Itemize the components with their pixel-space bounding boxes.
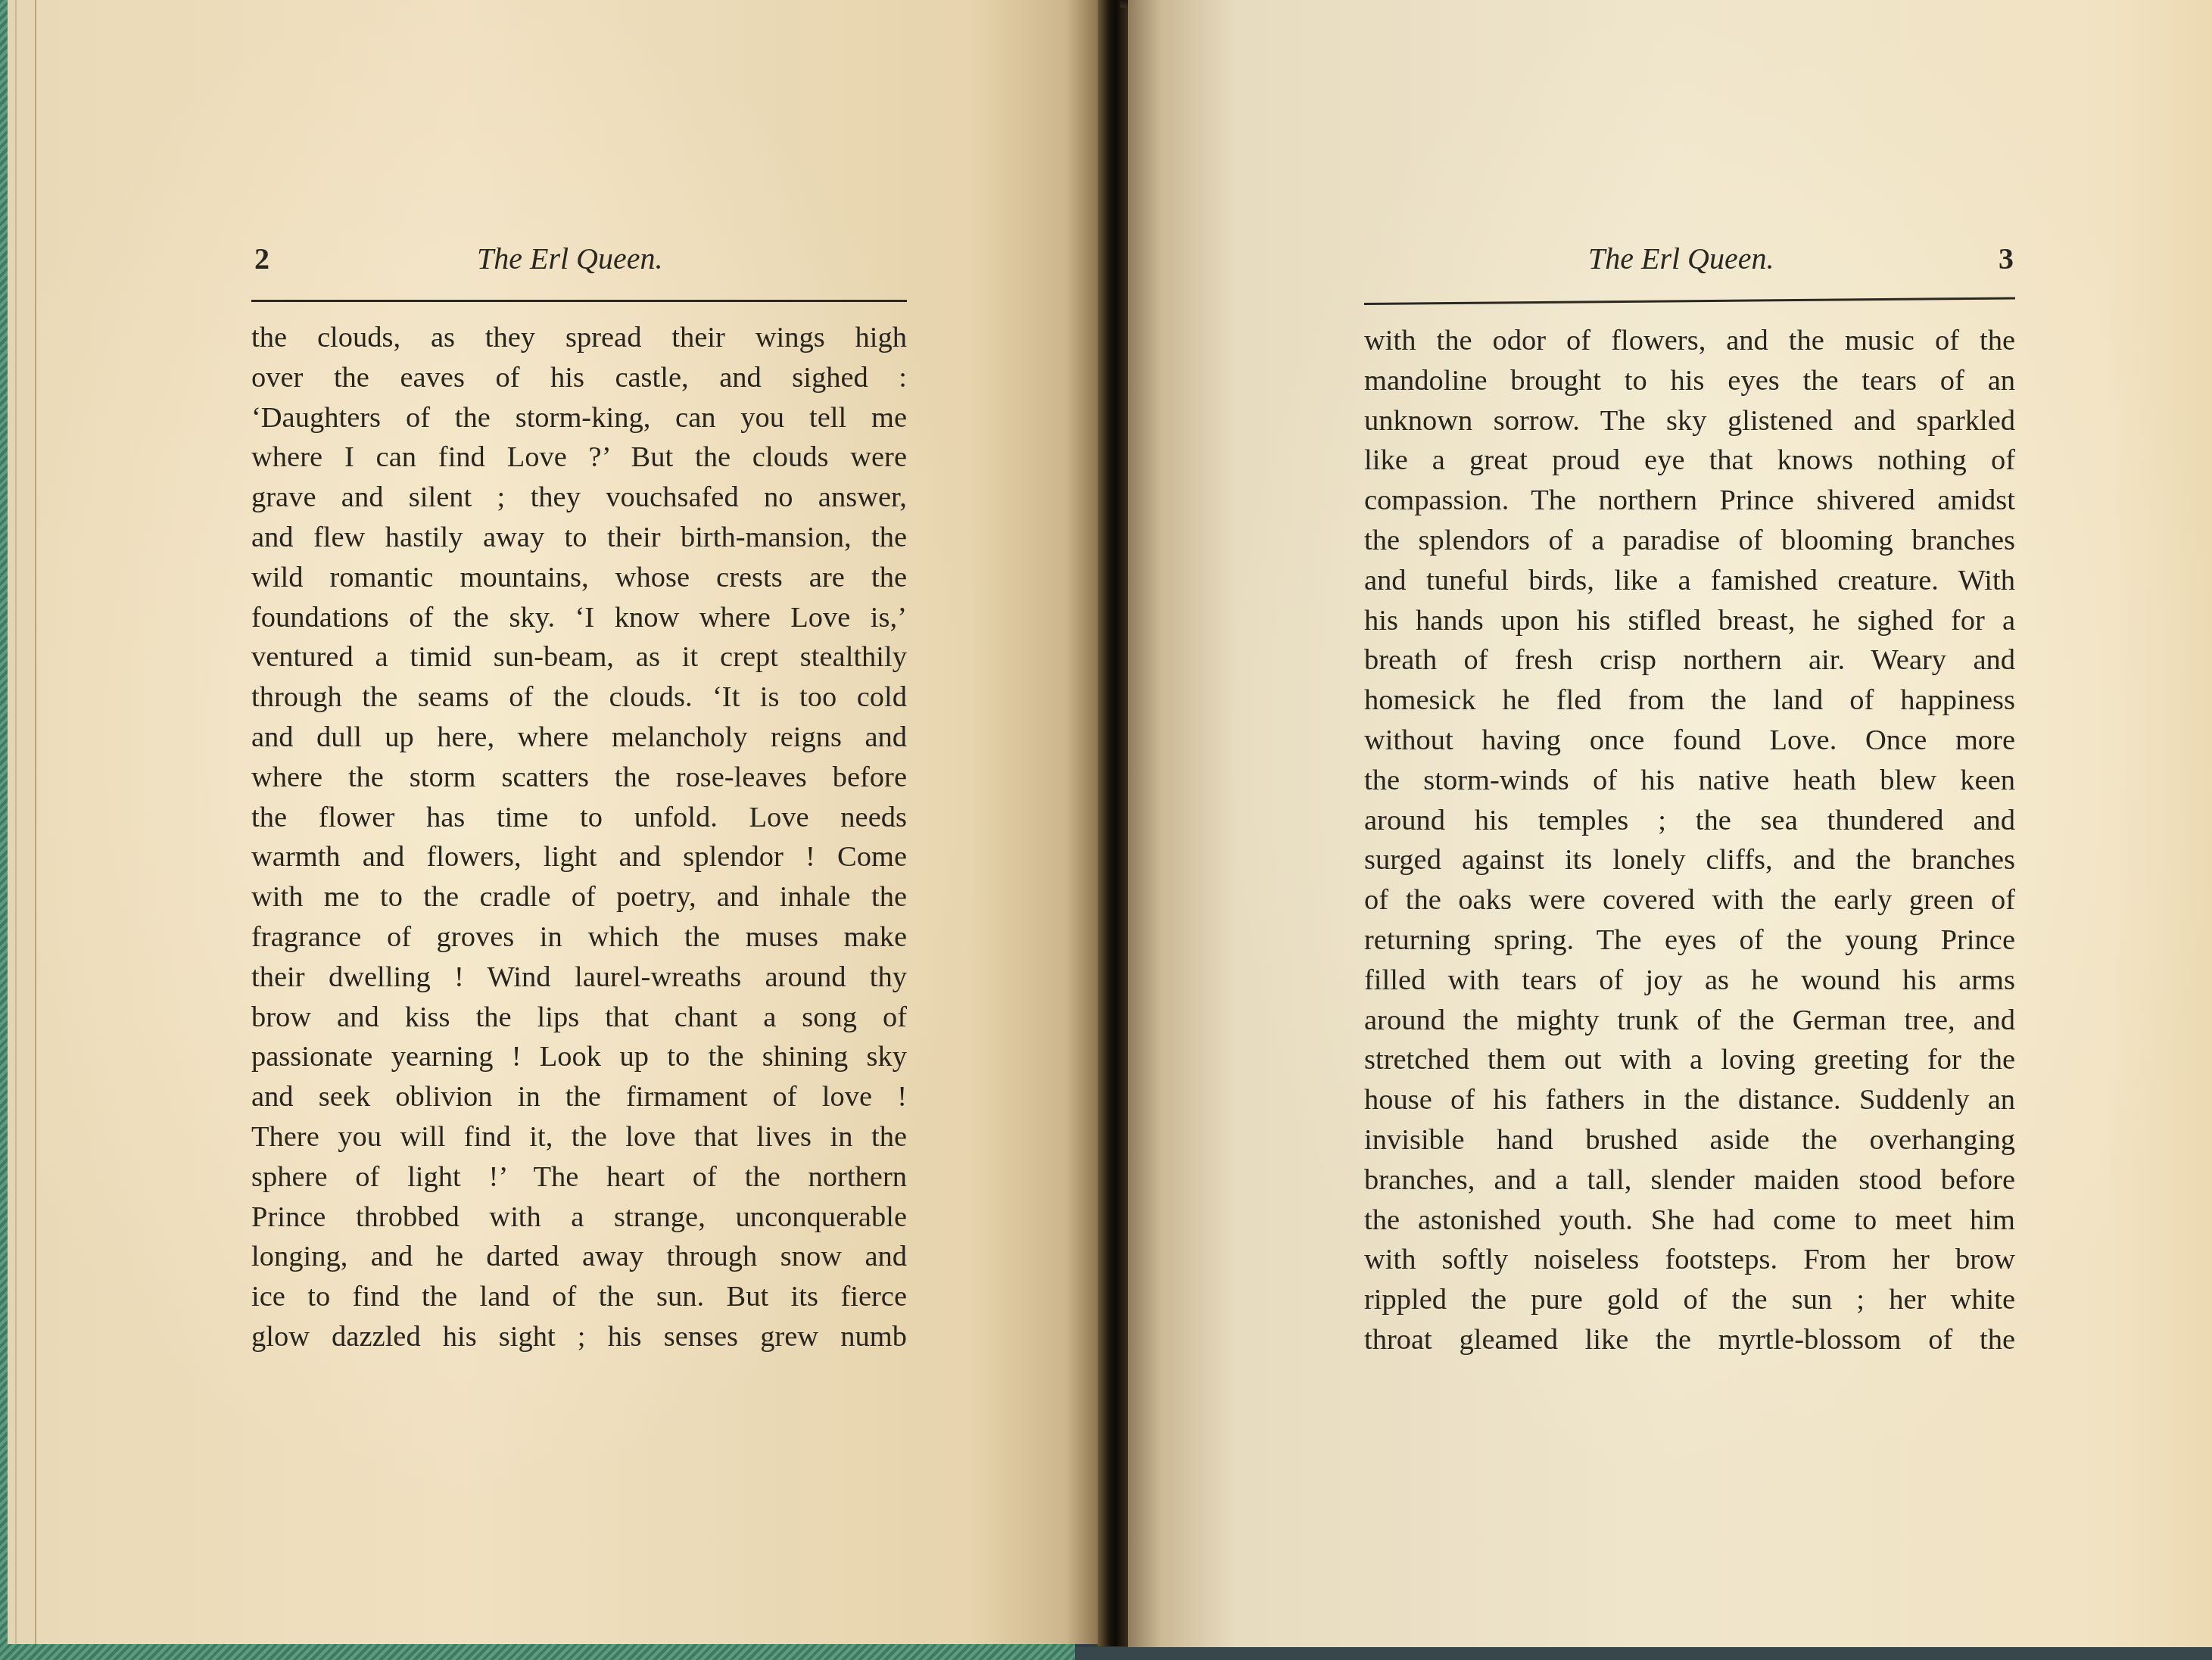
text-line: house of his fathers in the distance. Su… <box>1364 1080 2015 1120</box>
text-line: rippled the pure gold of the sun ; her w… <box>1364 1280 2015 1320</box>
text-line: foundations of the sky. ‘I know where Lo… <box>251 598 907 638</box>
text-line: glow dazzled his sight ; his senses grew… <box>251 1317 907 1357</box>
text-line: his hands upon his stifled breast, he si… <box>1364 601 2015 641</box>
text-line: over the eaves of his castle, and sighed… <box>251 358 907 398</box>
text-line: returning spring. The eyes of the young … <box>1364 920 2015 961</box>
text-line: fragrance of groves in which the muses m… <box>251 917 907 958</box>
text-line: the clouds, as they spread their wings h… <box>251 318 907 358</box>
text-line: breath of fresh crisp northern air. Wear… <box>1364 640 2015 681</box>
book-gutter <box>1098 0 1128 1646</box>
text-line: their dwelling ! Wind laurel-wreaths aro… <box>251 958 907 998</box>
text-line: ice to find the land of the sun. But its… <box>251 1277 907 1317</box>
text-line: warmth and flowers, light and splendor !… <box>251 837 907 877</box>
left-page: 2 The Erl Queen. the clouds, as they spr… <box>38 0 1098 1644</box>
text-line: and seek oblivion in the firmament of lo… <box>251 1077 907 1117</box>
left-running-head: 2 The Erl Queen. <box>38 241 1098 286</box>
text-line: longing, and he darted away through snow… <box>251 1237 907 1277</box>
background-bottom-right <box>1075 1647 2212 1660</box>
text-line: of the oaks were covered with the early … <box>1364 880 2015 920</box>
book-cover-cloth-bottom <box>0 1644 1075 1660</box>
right-body-text: with the odor of flowers, and the music … <box>1364 321 2015 1360</box>
page-number-left: 2 <box>254 241 269 276</box>
text-line: mandoline brought to his eyes the tears … <box>1364 361 2015 401</box>
left-body-text: the clouds, as they spread their wings h… <box>251 318 907 1357</box>
running-title-left: The Erl Queen. <box>477 241 663 276</box>
right-page: The Erl Queen. 3 with the odor of flower… <box>1128 0 2212 1647</box>
text-line: unknown sorrow. The sky glistened and sp… <box>1364 401 2015 441</box>
running-title-right: The Erl Queen. <box>1588 241 1774 276</box>
header-rule-right <box>1364 297 2015 305</box>
text-line: the splendors of a paradise of blooming … <box>1364 521 2015 561</box>
text-line: compassion. The northern Prince shivered… <box>1364 481 2015 521</box>
text-line: around the mighty trunk of the German tr… <box>1364 1001 2015 1041</box>
text-line: throat gleamed like the myrtle-blossom o… <box>1364 1320 2015 1360</box>
text-line: passionate yearning ! Look up to the shi… <box>251 1037 907 1077</box>
text-line: the flower has time to unfold. Love need… <box>251 798 907 838</box>
text-line: stretched them out with a loving greetin… <box>1364 1040 2015 1080</box>
text-line: where I can find Love ?’ But the clouds … <box>251 438 907 478</box>
text-line: through the seams of the clouds. ‘It is … <box>251 677 907 718</box>
text-line: with the odor of flowers, and the music … <box>1364 321 2015 361</box>
text-line: the storm-winds of his native heath blew… <box>1364 761 2015 801</box>
text-line: and tuneful birds, like a famished creat… <box>1364 561 2015 601</box>
text-line: sphere of light !’ The heart of the nort… <box>251 1157 907 1198</box>
text-line: brow and kiss the lips that chant a song… <box>251 998 907 1038</box>
text-line: without having once found Love. Once mor… <box>1364 721 2015 761</box>
book-cover-cloth-left <box>0 0 8 1660</box>
text-line: around his temples ; the sea thundered a… <box>1364 801 2015 841</box>
text-line: with me to the cradle of poetry, and inh… <box>251 877 907 917</box>
text-line: and dull up here, where melancholy reign… <box>251 718 907 758</box>
text-line: like a great proud eye that knows nothin… <box>1364 441 2015 481</box>
text-line: branches, and a tall, slender maiden sto… <box>1364 1160 2015 1201</box>
text-line: There you will find it, the love that li… <box>251 1117 907 1157</box>
text-line: surged against its lonely cliffs, and th… <box>1364 840 2015 880</box>
text-line: where the storm scatters the rose-leaves… <box>251 758 907 798</box>
text-line: invisible hand brushed aside the overhan… <box>1364 1120 2015 1160</box>
text-line: ventured a timid sun-beam, as it crept s… <box>251 637 907 677</box>
text-line: and flew hastily away to their birth-man… <box>251 518 907 558</box>
page-edges-stack <box>8 0 38 1646</box>
text-line: ‘Daughters of the storm-king, can you te… <box>251 398 907 438</box>
text-line: wild romantic mountains, whose crests ar… <box>251 558 907 598</box>
header-rule-left <box>251 300 907 302</box>
text-line: grave and silent ; they vouchsafed no an… <box>251 478 907 518</box>
text-line: with softly noiseless footsteps. From he… <box>1364 1240 2015 1280</box>
text-line: the astonished youth. She had come to me… <box>1364 1201 2015 1241</box>
right-running-head: The Erl Queen. 3 <box>1128 241 2212 286</box>
text-line: homesick he fled from the land of happin… <box>1364 681 2015 721</box>
text-line: filled with tears of joy as he wound his… <box>1364 961 2015 1001</box>
page-number-right: 3 <box>1999 241 2014 276</box>
text-line: Prince throbbed with a strange, unconque… <box>251 1198 907 1238</box>
